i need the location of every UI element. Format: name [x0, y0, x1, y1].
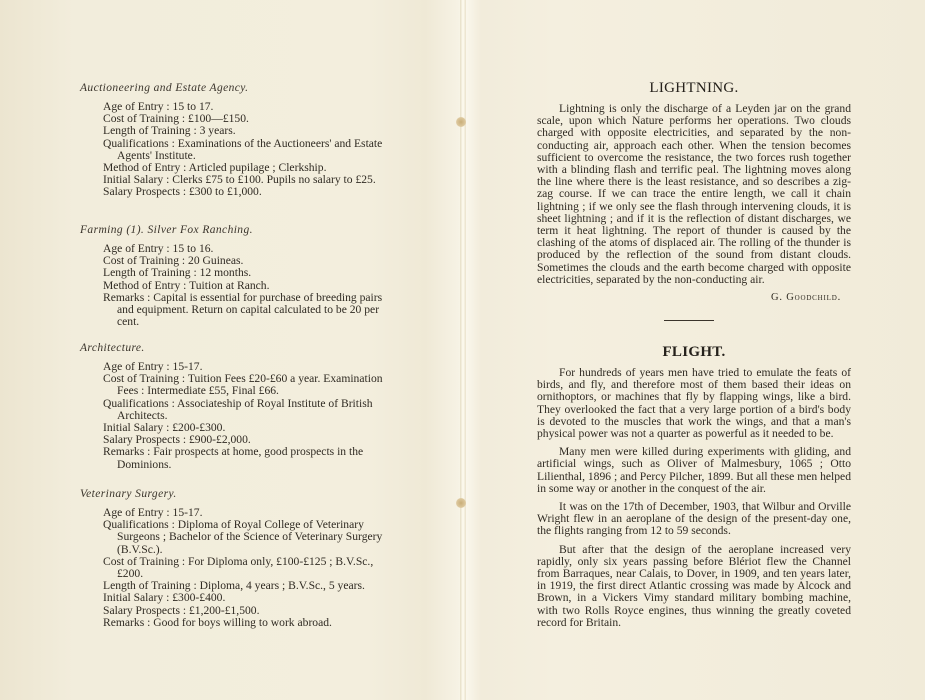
left-page: Auctioneering and Estate Agency. Age of … — [0, 0, 460, 700]
booklet-spread: Auctioneering and Estate Agency. Age of … — [0, 0, 925, 700]
article-title: LIGHTNING. — [537, 80, 851, 97]
article-paragraph: Lightning is only the discharge of a Ley… — [537, 103, 851, 286]
article-flight: FLIGHT. For hundreds of years men have t… — [537, 344, 851, 635]
section-veterinary: Veterinary Surgery. Age of Entry : 15-17… — [80, 488, 400, 629]
section-title: Farming (1). Silver Fox Ranching. — [80, 224, 400, 236]
article-lightning: LIGHTNING. Lightning is only the dischar… — [537, 80, 851, 303]
article-paragraph: It was on the 17th of December, 1903, th… — [537, 501, 851, 538]
article-author: G. Goodchild. — [537, 292, 841, 303]
section-title: Auctioneering and Estate Agency. — [80, 82, 400, 94]
entry-remarks: Remarks : Capital is essential for purch… — [103, 292, 400, 329]
article-title: FLIGHT. — [537, 344, 851, 361]
section-title: Architecture. — [80, 342, 400, 354]
entry-salary-prospects: Salary Prospects : £1,200-£1,500. — [103, 605, 400, 617]
entry-cost: Cost of Training : Tuition Fees £20-£60 … — [103, 373, 400, 397]
section-divider — [664, 320, 714, 321]
entry-length: Length of Training : 12 months. — [103, 267, 400, 279]
article-paragraph: But after that the design of the aeropla… — [537, 544, 851, 629]
right-page: LIGHTNING. Lightning is only the dischar… — [466, 0, 925, 700]
article-paragraph: For hundreds of years men have tried to … — [537, 367, 851, 440]
entry-qualifications: Qualifications : Examinations of the Auc… — [103, 138, 400, 162]
section-farming: Farming (1). Silver Fox Ranching. Age of… — [80, 224, 400, 328]
section-architecture: Architecture. Age of Entry : 15-17. Cost… — [80, 342, 400, 471]
entry-initial-salary: Initial Salary : £300-£400. — [103, 592, 400, 604]
entry-method: Method of Entry : Tuition at Ranch. — [103, 280, 400, 292]
entry-salary-prospects: Salary Prospects : £300 to £1,000. — [103, 186, 400, 198]
entry-length: Length of Training : 3 years. — [103, 125, 400, 137]
entry-qualifications: Qualifications : Associateship of Royal … — [103, 398, 400, 422]
entry-remarks: Remarks : Good for boys willing to work … — [103, 617, 400, 629]
entry-remarks: Remarks : Fair prospects at home, good p… — [103, 446, 400, 470]
section-title: Veterinary Surgery. — [80, 488, 400, 500]
section-auctioneering: Auctioneering and Estate Agency. Age of … — [80, 82, 400, 199]
entry-qualifications: Qualifications : Diploma of Royal Colleg… — [103, 519, 400, 556]
entry-cost: Cost of Training : For Diploma only, £10… — [103, 556, 400, 580]
article-paragraph: Many men were killed during experiments … — [537, 446, 851, 495]
